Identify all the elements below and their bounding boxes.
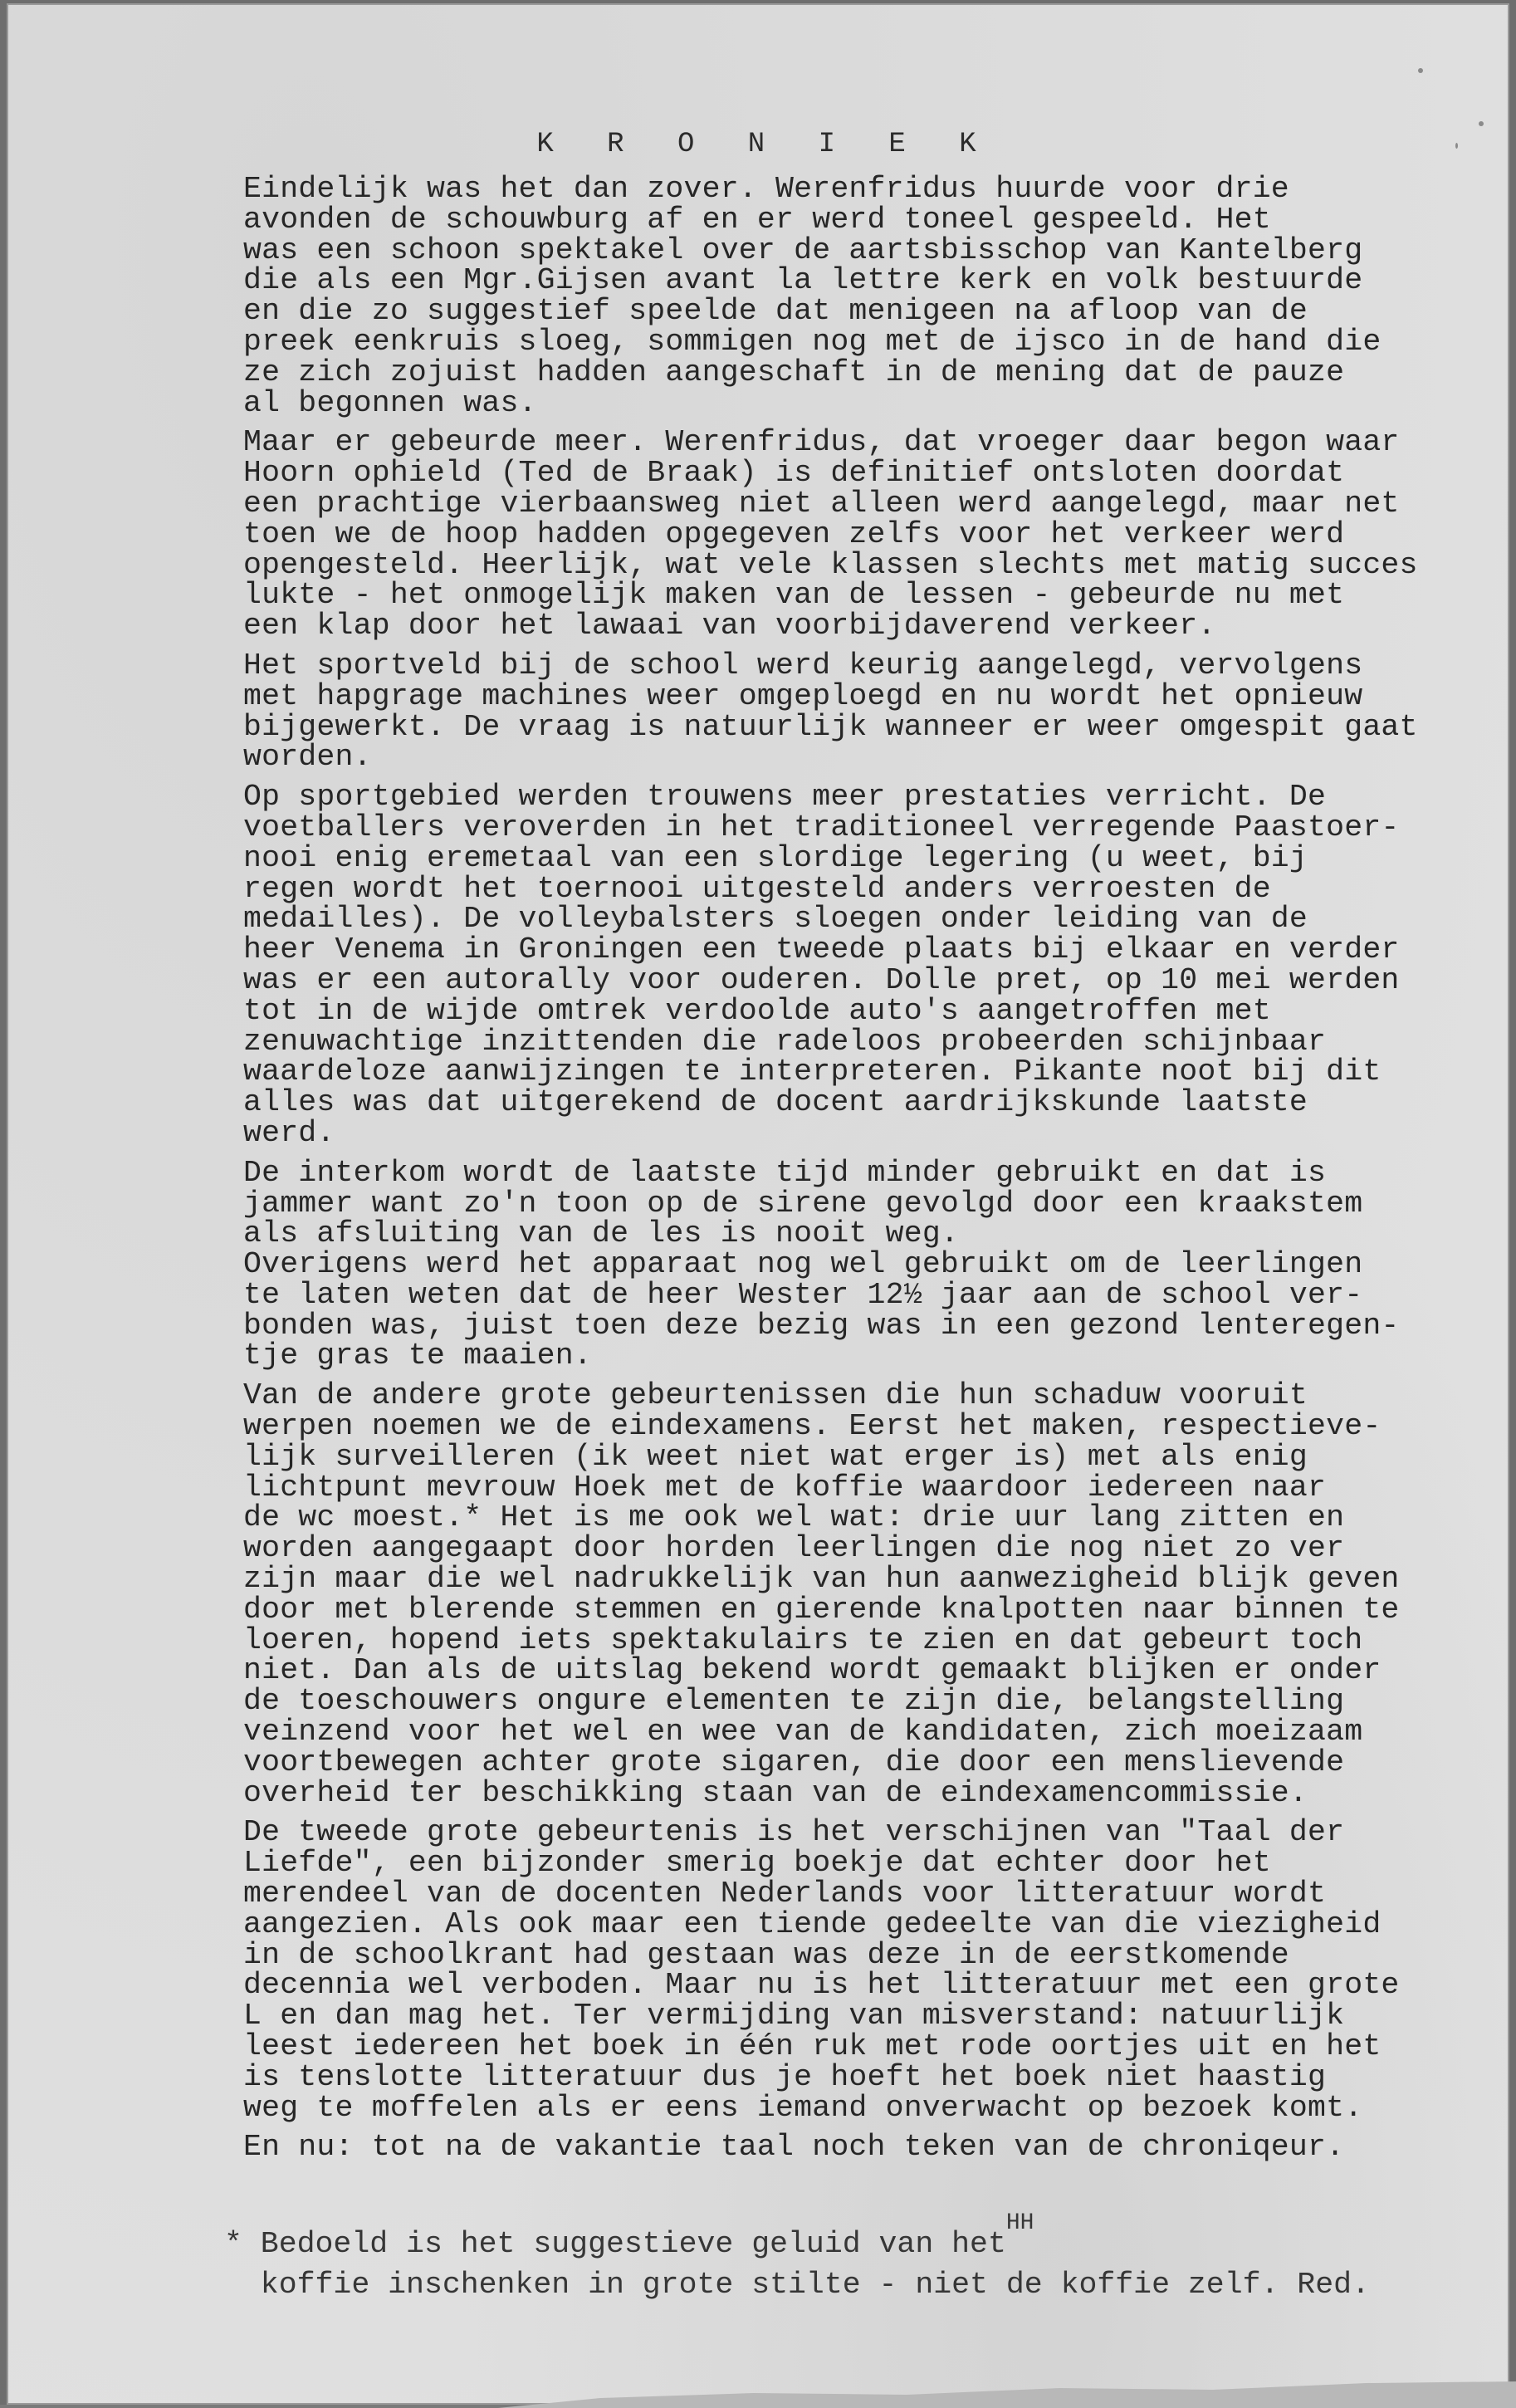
text-line: al begonnen was. xyxy=(243,389,1447,419)
text-line: voortbewegen achter grote sigaren, die d… xyxy=(243,1748,1447,1779)
text-line: was een schoon spektakel over de aartsbi… xyxy=(243,236,1447,267)
footnote-line-1: * Bedoeld is het suggestieve geluid van … xyxy=(224,2225,1370,2266)
footnote-line-2: koffie inschenken in grote stilte - niet… xyxy=(224,2266,1370,2304)
text-line: jammer want zo'n toon op de sirene gevol… xyxy=(243,1189,1447,1220)
text-line: tot in de wijde omtrek verdoolde auto's … xyxy=(243,996,1447,1027)
text-line: toen we de hoop hadden opgegeven zelfs v… xyxy=(243,520,1447,551)
text-line: De interkom wordt de laatste tijd minder… xyxy=(243,1158,1447,1189)
document-body: Eindelijk was het dan zover. Werenfridus… xyxy=(243,174,1447,2172)
document-title: K R O N I E K xyxy=(0,129,1516,160)
text-line: in de schoolkrant had gestaan was deze i… xyxy=(243,1941,1447,1971)
paragraph: Eindelijk was het dan zover. Werenfridus… xyxy=(243,174,1447,418)
text-line: Eindelijk was het dan zover. Werenfridus… xyxy=(243,174,1447,205)
text-line: leest iedereen het boek in één ruk met r… xyxy=(243,2032,1447,2063)
text-line: als afsluiting van de les is nooit weg. xyxy=(243,1219,1447,1250)
text-line: alles was dat uitgerekend de docent aard… xyxy=(243,1088,1447,1118)
text-line: decennia wel verboden. Maar nu is het li… xyxy=(243,1970,1447,2001)
text-line: Op sportgebied werden trouwens meer pres… xyxy=(243,782,1447,813)
text-line: bijgewerkt. De vraag is natuurlijk wanne… xyxy=(243,712,1447,743)
text-line: L en dan mag het. Ter vermijding van mis… xyxy=(243,2001,1447,2032)
text-line: regen wordt het toernooi uitgesteld ande… xyxy=(243,874,1447,905)
text-line: opengesteld. Heerlijk, wat vele klassen … xyxy=(243,551,1447,581)
text-line: Maar er gebeurde meer. Werenfridus, dat … xyxy=(243,428,1447,458)
text-line: weg te moffelen als er eens iemand onver… xyxy=(243,2093,1447,2124)
text-line: lukte - het onmogelijk maken van de less… xyxy=(243,580,1447,611)
paragraph: En nu: tot na de vakantie taal noch teke… xyxy=(243,2132,1447,2163)
text-line: waardeloze aanwijzingen te interpreteren… xyxy=(243,1057,1447,1088)
text-line: veinzend voor het wel en wee van de kand… xyxy=(243,1717,1447,1748)
text-line: bonden was, juist toen deze bezig was in… xyxy=(243,1311,1447,1342)
text-line: De tweede grote gebeurtenis is het versc… xyxy=(243,1818,1447,1848)
text-line: avonden de schouwburg af en er werd tone… xyxy=(243,205,1447,236)
text-line: een klap door het lawaai van voorbijdave… xyxy=(243,611,1447,642)
text-line: Van de andere grote gebeurtenissen die h… xyxy=(243,1381,1447,1412)
footnote-initials: HH xyxy=(1006,2210,1034,2236)
text-line: niet. Dan als de uitslag bekend wordt ge… xyxy=(243,1656,1447,1686)
text-line: door met blerende stemmen en gierende kn… xyxy=(243,1595,1447,1626)
text-line: Het sportveld bij de school werd keurig … xyxy=(243,651,1447,682)
text-line: is tenslotte litteratuur dus je hoeft he… xyxy=(243,2063,1447,2093)
text-line: lichtpunt mevrouw Hoek met de koffie waa… xyxy=(243,1473,1447,1504)
text-line: te laten weten dat de heer Wester 12½ ja… xyxy=(243,1280,1447,1311)
footnote: * Bedoeld is het suggestieve geluid van … xyxy=(224,2225,1370,2304)
text-line: werd. xyxy=(243,1118,1447,1149)
paper-speck xyxy=(1479,121,1484,126)
footnote-text: * Bedoeld is het suggestieve geluid van … xyxy=(224,2227,1006,2261)
text-line: de toeschouwers ongure elementen te zijn… xyxy=(243,1686,1447,1717)
text-line: preek eenkruis sloeg, sommigen nog met d… xyxy=(243,327,1447,358)
text-line: zenuwachtige inzittenden die radeloos pr… xyxy=(243,1027,1447,1058)
text-line: Liefde", een bijzonder smerig boekje dat… xyxy=(243,1848,1447,1879)
paragraph: Op sportgebied werden trouwens meer pres… xyxy=(243,782,1447,1149)
text-line: die als een Mgr.Gijsen avant la lettre k… xyxy=(243,266,1447,296)
text-line: aangezien. Als ook maar een tiende gedee… xyxy=(243,1910,1447,1941)
paragraph: De interkom wordt de laatste tijd minder… xyxy=(243,1158,1447,1373)
text-line: worden. xyxy=(243,742,1447,773)
text-line: medailles). De volleybalsters sloegen on… xyxy=(243,904,1447,935)
paragraph: De tweede grote gebeurtenis is het versc… xyxy=(243,1818,1447,2123)
text-line: loeren, hopend iets spektakulairs te zie… xyxy=(243,1626,1447,1657)
text-line: een prachtige vierbaansweg niet alleen w… xyxy=(243,489,1447,520)
text-line: de wc moest.* Het is me ook wel wat: dri… xyxy=(243,1503,1447,1534)
text-line: En nu: tot na de vakantie taal noch teke… xyxy=(243,2132,1447,2163)
paper-speck xyxy=(1418,68,1423,73)
text-line: merendeel van de docenten Nederlands voo… xyxy=(243,1879,1447,1910)
text-line: voetballers veroverden in het traditione… xyxy=(243,813,1447,844)
paragraph: Van de andere grote gebeurtenissen die h… xyxy=(243,1381,1447,1808)
text-line: met hapgrage machines weer omgeploegd en… xyxy=(243,682,1447,712)
text-line: werpen noemen we de eindexamens. Eerst h… xyxy=(243,1412,1447,1442)
text-line: Hoorn ophield (Ted de Braak) is definiti… xyxy=(243,458,1447,489)
text-line: ze zich zojuist hadden aangeschaft in de… xyxy=(243,358,1447,389)
text-line: heer Venema in Groningen een tweede plaa… xyxy=(243,935,1447,966)
text-line: lijk surveilleren (ik weet niet wat erge… xyxy=(243,1442,1447,1473)
text-line: en die zo suggestief speelde dat menigee… xyxy=(243,296,1447,327)
text-line: tje gras te maaien. xyxy=(243,1341,1447,1372)
paragraph: Maar er gebeurde meer. Werenfridus, dat … xyxy=(243,428,1447,642)
text-line: zijn maar die wel nadrukkelijk van hun a… xyxy=(243,1564,1447,1595)
text-line: was er een autorally voor ouderen. Dolle… xyxy=(243,966,1447,996)
text-line: Overigens werd het apparaat nog wel gebr… xyxy=(243,1250,1447,1280)
text-line: worden aangegaapt door horden leerlingen… xyxy=(243,1534,1447,1564)
text-line: nooi enig eremetaal van een slordige leg… xyxy=(243,844,1447,874)
text-line: overheid ter beschikking staan van de ei… xyxy=(243,1779,1447,1809)
paragraph: Het sportveld bij de school werd keurig … xyxy=(243,651,1447,773)
